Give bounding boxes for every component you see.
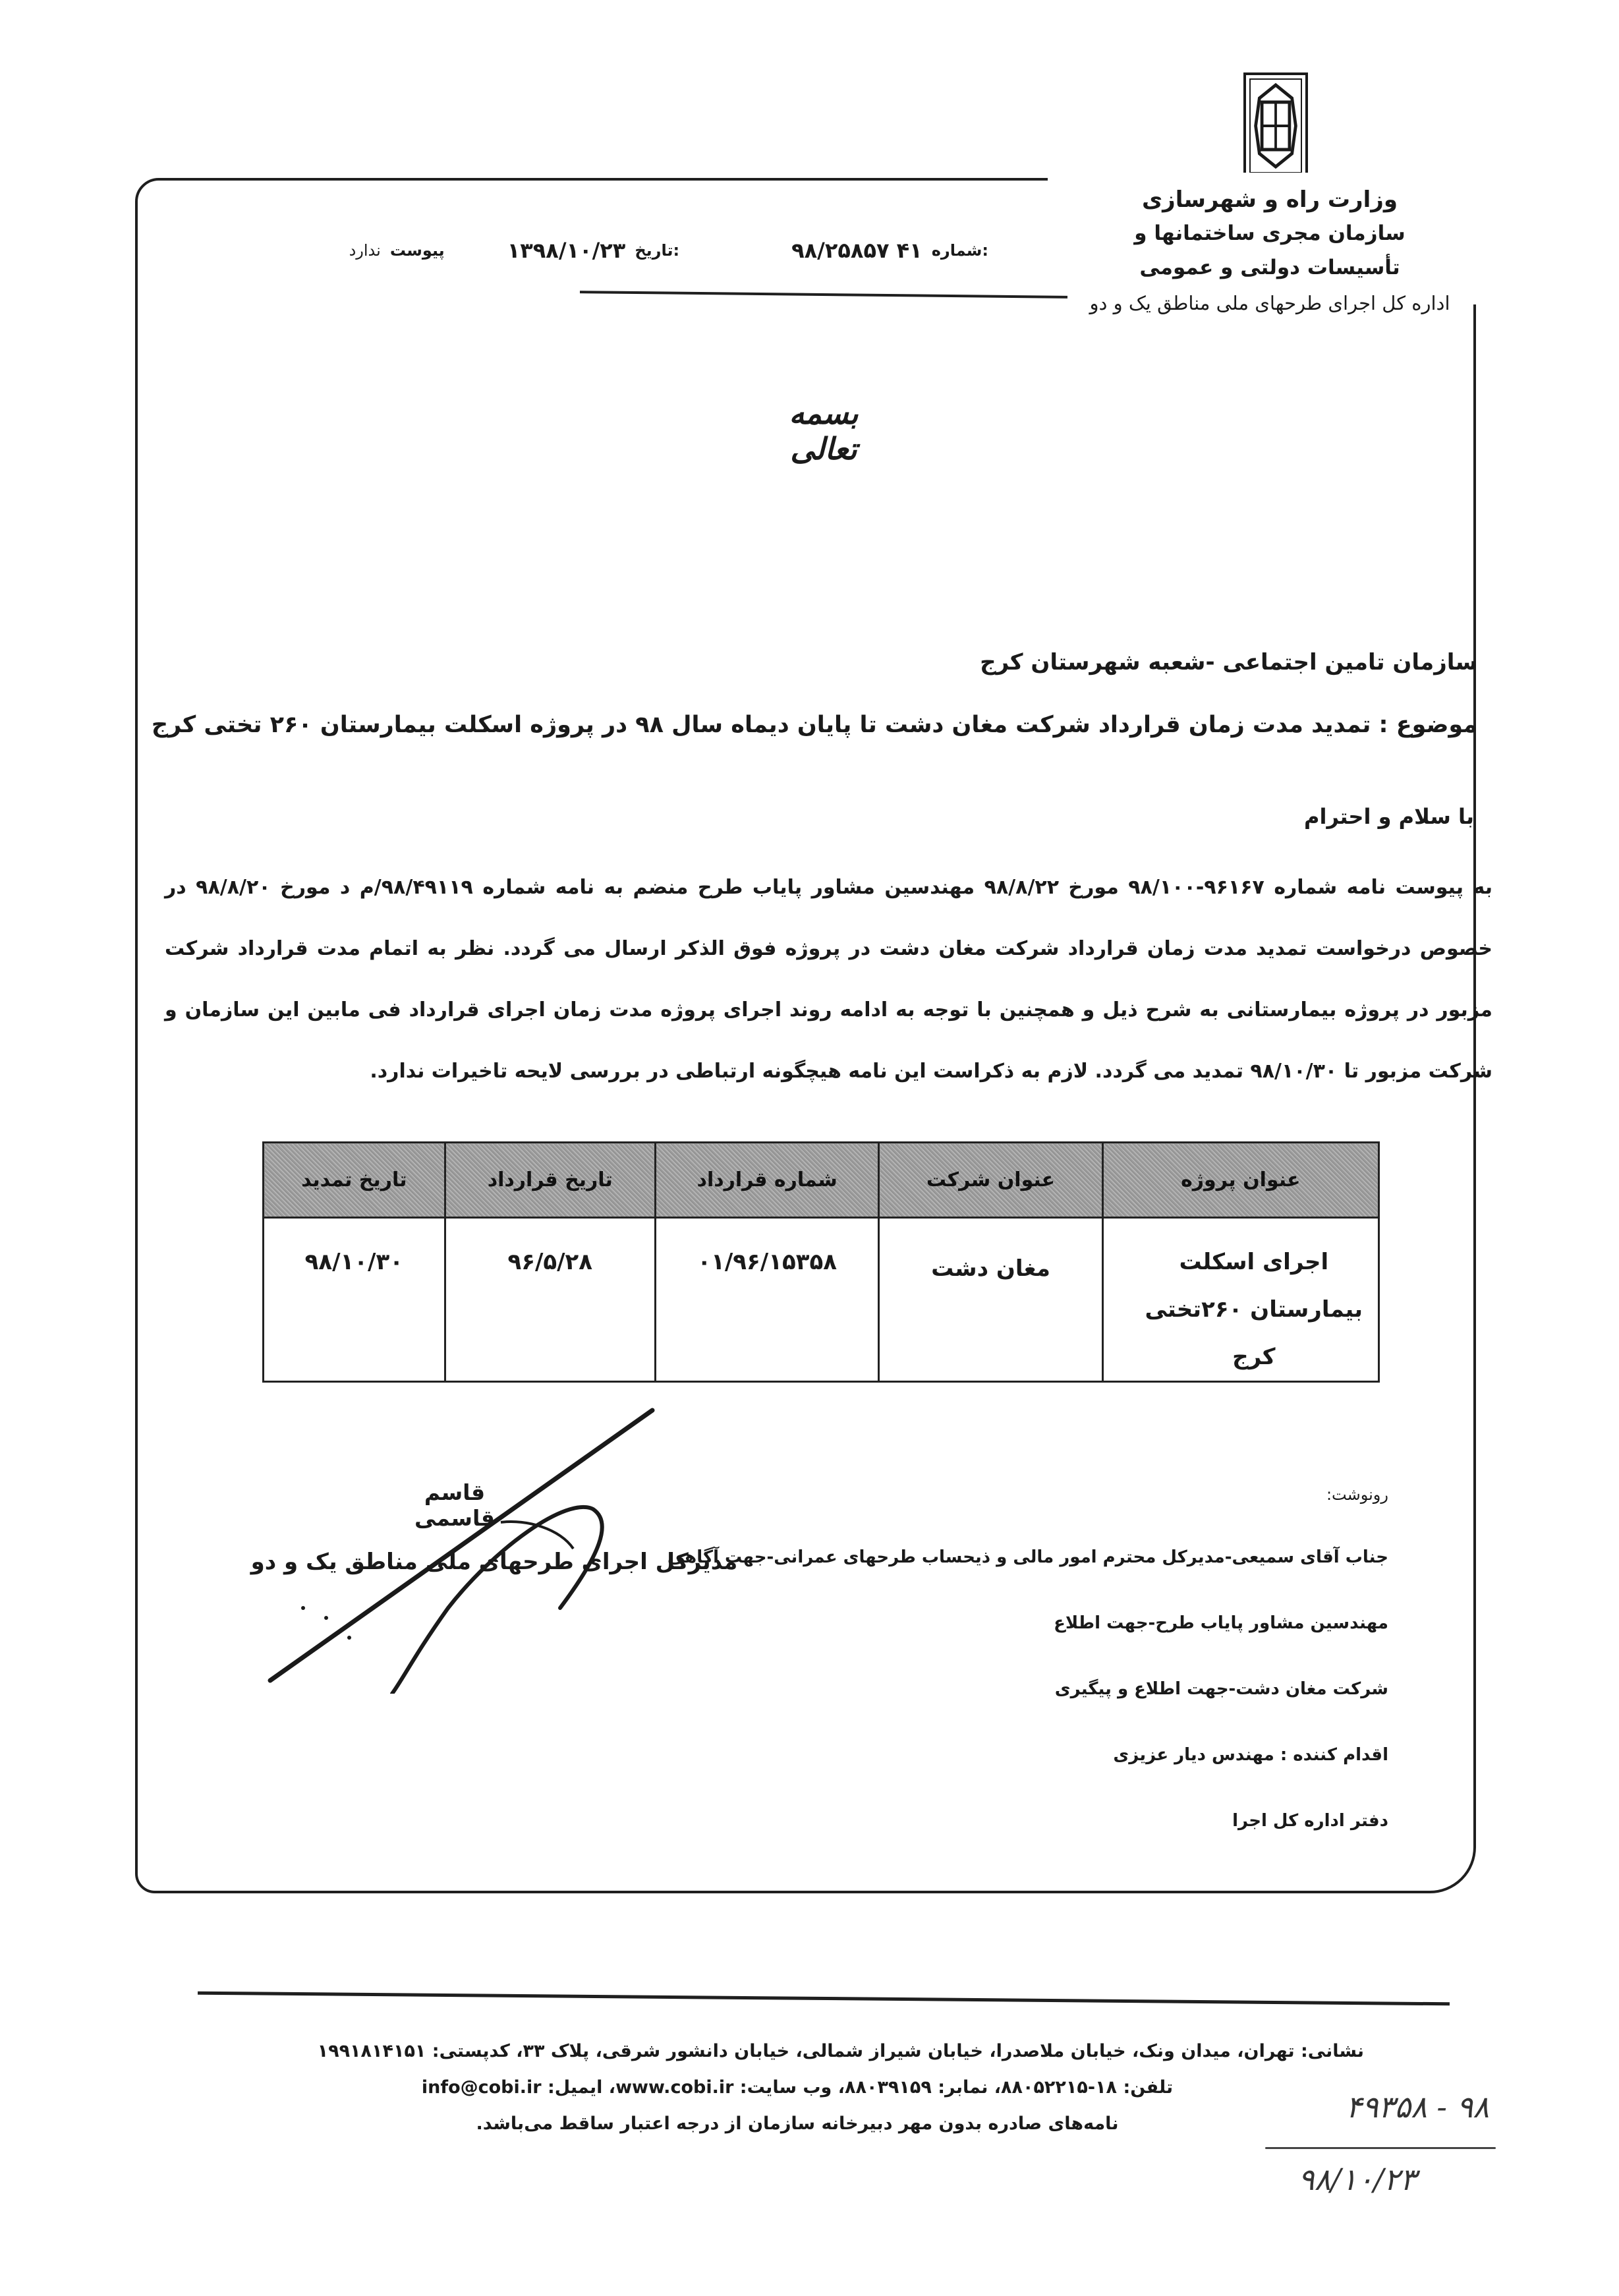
department-name: اداره کل اجرای طرحهای ملی مناطق یک و دو bbox=[1085, 285, 1454, 322]
contract-table: عنوان پروژه عنوان شرکت شماره قرارداد تار… bbox=[262, 1141, 1380, 1383]
cc-list: رونوشت: جناب آقای سمیعی-مدیرکل محترم امو… bbox=[598, 1481, 1388, 1874]
letter-number: شماره: ۹۸/۲۵۸۵۷ ۴۱ bbox=[791, 238, 988, 263]
col-project-title: عنوان پروژه bbox=[1102, 1143, 1378, 1218]
registration-number: ۹۸ - ۴۹۳۵۸ bbox=[1346, 2089, 1489, 2125]
cell-project-title: اجرای اسکلت بیمارستان ۲۶۰تختی کرج bbox=[1102, 1218, 1378, 1382]
cc-item: جناب آقای سمیعی-مدیرکل محترم امور مالی و… bbox=[598, 1544, 1388, 1610]
cell-company: مغان دشت bbox=[879, 1218, 1102, 1382]
footer-notice: نامه‌های صادره بدون مهر دبیرخانه سازمان … bbox=[231, 2106, 1364, 2142]
col-extension-date: تاریخ تمدید bbox=[264, 1143, 445, 1218]
footer-address: نشانی: تهران، میدان ونک، خیابان ملاصدرا،… bbox=[231, 2033, 1364, 2069]
ministry-logo bbox=[1243, 72, 1308, 179]
letterhead: وزارت راه و شهرسازی سازمان مجری ساختمانه… bbox=[1085, 183, 1454, 322]
date-value: ۱۳۹۸/۱۰/۲۳ bbox=[507, 238, 626, 263]
handwritten-registration: ۹۸ - ۴۹۳۵۸ ۹۸/۱۰/۲۳ bbox=[1252, 2089, 1502, 2234]
footer-divider bbox=[198, 1992, 1450, 2006]
recipient: سازمان تامین اجتماعی -شعبه شهرستان کرج bbox=[980, 649, 1477, 675]
cell-extension-date: ۹۸/۱۰/۳۰ bbox=[264, 1218, 445, 1382]
greeting: با سلام و احترام bbox=[1304, 804, 1474, 829]
ministry-emblem-icon bbox=[1249, 78, 1302, 173]
letter-footer: نشانی: تهران، میدان ونک، خیابان ملاصدرا،… bbox=[231, 2033, 1364, 2142]
date-label: تاریخ: bbox=[635, 241, 679, 260]
col-contract-number: شماره قرارداد bbox=[655, 1143, 879, 1218]
attachment-value: ندارد bbox=[349, 241, 381, 260]
col-contract-date: تاریخ قرارداد bbox=[445, 1143, 655, 1218]
underline bbox=[1265, 2147, 1496, 2149]
letter-meta: شماره: ۹۸/۲۵۸۵۷ ۴۱ تاریخ: ۱۳۹۸/۱۰/۲۳ پیو… bbox=[178, 234, 988, 267]
cc-item: شرکت مغان دشت-جهت اطلاع و پیگیری bbox=[598, 1676, 1388, 1742]
subject-line: موضوع : تمدید مدت زمان قرارداد شرکت مغان… bbox=[152, 712, 1477, 738]
cc-action-officer: اقدام کننده : مهندس دیار عزیزی bbox=[598, 1742, 1388, 1808]
invocation: بسمه تعالی bbox=[751, 395, 896, 467]
attachment-label: پیوست bbox=[390, 241, 445, 260]
organization-name: سازمان مجری ساختمانها و تأسیسات دولتی و … bbox=[1085, 216, 1454, 285]
letter-date: تاریخ: ۱۳۹۸/۱۰/۲۳ bbox=[507, 238, 679, 263]
number-value: ۹۸/۲۵۸۵۷ ۴۱ bbox=[791, 238, 923, 263]
number-label: شماره: bbox=[932, 241, 988, 260]
table-header-row: عنوان پروژه عنوان شرکت شماره قرارداد تار… bbox=[264, 1143, 1379, 1218]
cell-contract-date: ۹۶/۵/۲۸ bbox=[445, 1218, 655, 1382]
letter-body: به پیوست نامه شماره ۹۶۱۶۷-۹۸/۱۰۰ مورخ ۹۸… bbox=[165, 857, 1492, 1102]
cc-item: مهندسین مشاور پایاب طرح-جهت اطلاع bbox=[598, 1610, 1388, 1676]
table-row: اجرای اسکلت بیمارستان ۲۶۰تختی کرج مغان د… bbox=[264, 1218, 1379, 1382]
registration-date: ۹۸/۱۰/۲۳ bbox=[1298, 2162, 1416, 2197]
letter-attachment: پیوست ندارد bbox=[349, 241, 445, 260]
ministry-name: وزارت راه و شهرسازی bbox=[1085, 183, 1454, 216]
footer-contact: تلفن: ۱۸-۸۸۰۵۲۲۱۵، نمابر: ۸۸۰۳۹۱۵۹، وب س… bbox=[231, 2069, 1364, 2106]
cell-contract-number: ۰۱/۹۶/۱۵۳۵۸ bbox=[655, 1218, 879, 1382]
cc-header: رونوشت: bbox=[598, 1481, 1388, 1544]
cc-item: دفتر اداره کل اجرا bbox=[598, 1808, 1388, 1874]
col-company-title: عنوان شرکت bbox=[879, 1143, 1102, 1218]
